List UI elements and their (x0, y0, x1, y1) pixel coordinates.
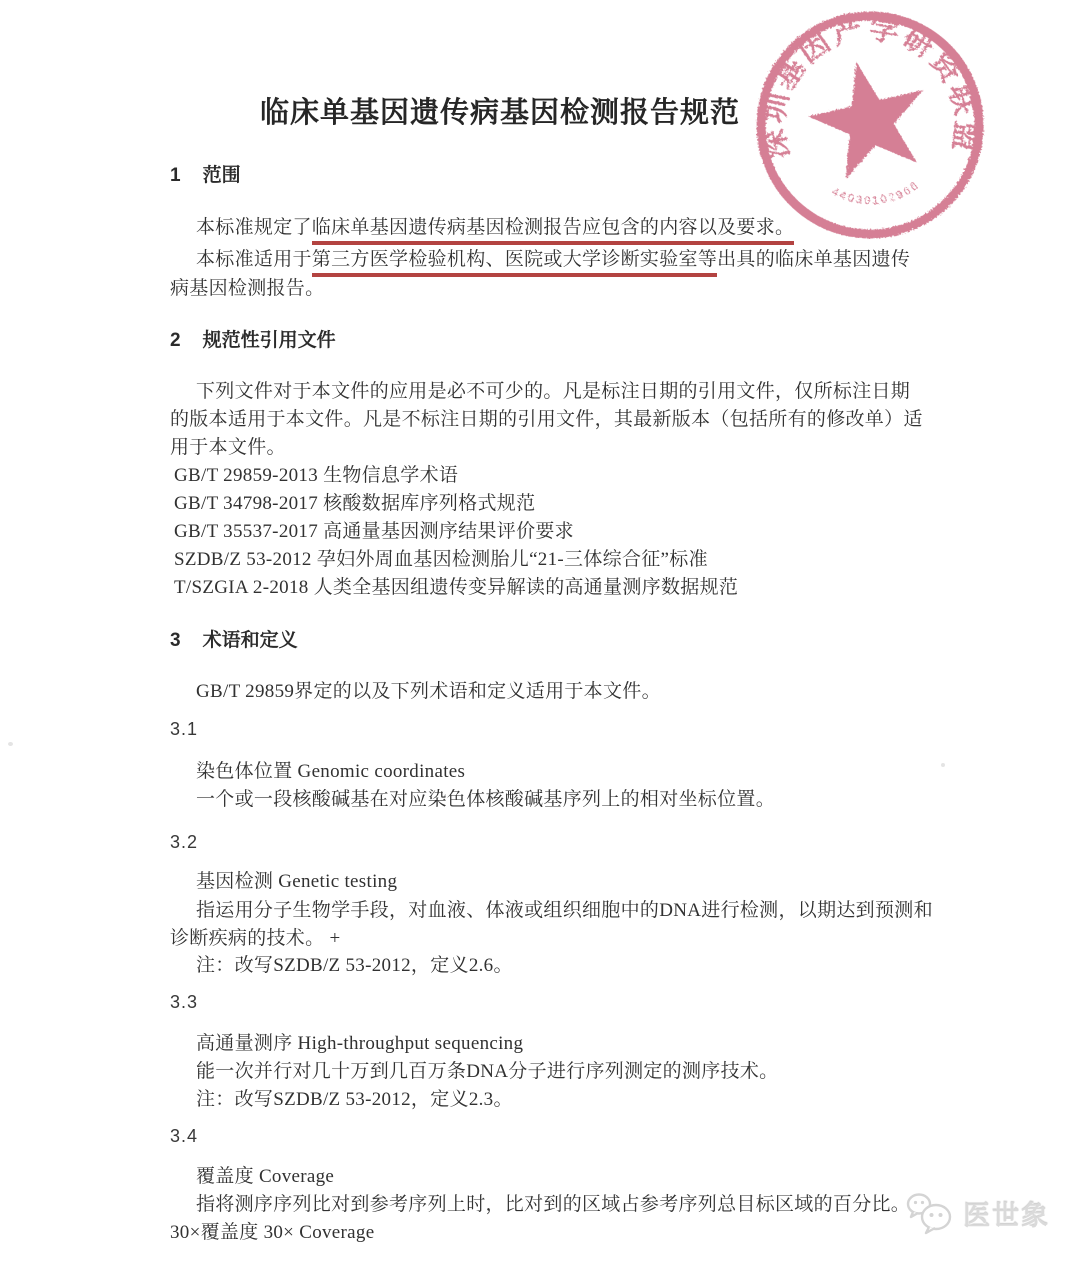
term-3-2-name: 基因检测 Genetic testing (196, 870, 397, 894)
reference-item: GB/T 34798-2017 核酸数据库序列格式规范 (174, 492, 535, 516)
scope-paragraph-line-1: 本标准规定了临床单基因遗传病基因检测报告应包含的内容以及要求。 (196, 216, 794, 240)
scope-line2-underlined-text: 第三方医学检验机构、医院或大学诊断实验室等 (312, 249, 717, 277)
references-intro-line-3: 用于本文件。 (170, 436, 286, 460)
term-3-2-number: 3.2 (170, 832, 198, 853)
term-3-2-definition-line-2: 诊断疾病的技术。 + (170, 927, 340, 951)
term-3-2-definition-line-1: 指运用分子生物学手段，对血液、体液或组织细胞中的DNA进行检测，以期达到预测和 (196, 899, 933, 923)
section-3-title: 术语和定义 (203, 630, 298, 651)
official-seal-stamp: 深圳基因产学研资联盟 4403010296603 (750, 4, 990, 246)
watermark-label: 医世象 (963, 1194, 1050, 1233)
reference-item: GB/T 29859-2013 生物信息学术语 (174, 464, 458, 488)
scope-line1-underlined-text: 临床单基因遗传病基因检测报告应包含的内容以及要求。 (312, 217, 795, 245)
term-3-1-name: 染色体位置 Genomic coordinates (196, 760, 465, 784)
section-2-number: 2 (170, 330, 181, 352)
section-1-heading: 1范围 (170, 160, 241, 187)
term-3-3-name: 高通量测序 High-throughput sequencing (196, 1032, 523, 1056)
scope-line2-prefix: 本标准适用于 (196, 249, 312, 270)
reference-item: SZDB/Z 53-2012 孕妇外周血基因检测胎儿“21-三体综合征”标准 (174, 548, 708, 572)
chat-bubbles-logo-icon (905, 1190, 957, 1236)
term-3-2-note: 注：改写SZDB/Z 53-2012，定义2.6。 (196, 954, 513, 978)
section-3-number: 3 (170, 630, 181, 652)
scope-line2-suffix: 出具的临床单基因遗传 (717, 249, 910, 270)
section-2-title: 规范性引用文件 (203, 330, 336, 351)
term-3-4-number: 3.4 (170, 1126, 198, 1147)
scope-paragraph-line-2: 本标准适用于第三方医学检验机构、医院或大学诊断实验室等出具的临床单基因遗传 (196, 248, 910, 272)
term-3-3-note: 注：改写SZDB/Z 53-2012，定义2.3。 (196, 1088, 513, 1112)
term-3-4-definition-line-1: 指将测序序列比对到参考序列上时，比对到的区域占参考序列总目标区域的百分比。 (196, 1193, 910, 1217)
term-3-1-number: 3.1 (170, 719, 198, 740)
document-page: 临床单基因遗传病基因检测报告规范 深圳基因产学研资联盟 440301029660… (0, 0, 1080, 1267)
references-intro-line-2: 的版本适用于本文件。凡是不标注日期的引用文件，其最新版本（包括所有的修改单）适 (170, 408, 923, 432)
section-1-title: 范围 (203, 165, 241, 186)
term-3-1-definition: 一个或一段核酸碱基在对应染色体核酸碱基序列上的相对坐标位置。 (196, 788, 775, 812)
watermark: 医世象 (905, 1190, 1050, 1236)
reference-item: T/SZGIA 2-2018 人类全基因组遗传变异解读的高通量测序数据规范 (174, 576, 738, 600)
scan-artifact (8, 742, 13, 746)
scan-artifact (941, 763, 945, 767)
seal-star-icon (799, 48, 939, 184)
term-3-4-definition-line-2: 30×覆盖度 30× Coverage (170, 1221, 374, 1245)
terms-intro: GB/T 29859界定的以及下列术语和定义适用于本文件。 (196, 680, 661, 704)
term-3-4-name: 覆盖度 Coverage (196, 1165, 334, 1189)
section-1-number: 1 (170, 165, 181, 187)
term-3-3-definition: 能一次并行对几十万到几百万条DNA分子进行序列测定的测序技术。 (196, 1060, 778, 1084)
term-3-3-number: 3.3 (170, 992, 198, 1013)
section-3-heading: 3术语和定义 (170, 625, 298, 652)
section-2-heading: 2规范性引用文件 (170, 325, 336, 352)
scope-line1-prefix: 本标准规定了 (196, 217, 312, 238)
scope-paragraph-line-3: 病基因检测报告。 (170, 277, 324, 301)
reference-item: GB/T 35537-2017 高通量基因测序结果评价要求 (174, 520, 574, 544)
references-intro-line-1: 下列文件对于本文件的应用是必不可少的。凡是标注日期的引用文件，仅所标注日期 (196, 380, 910, 404)
